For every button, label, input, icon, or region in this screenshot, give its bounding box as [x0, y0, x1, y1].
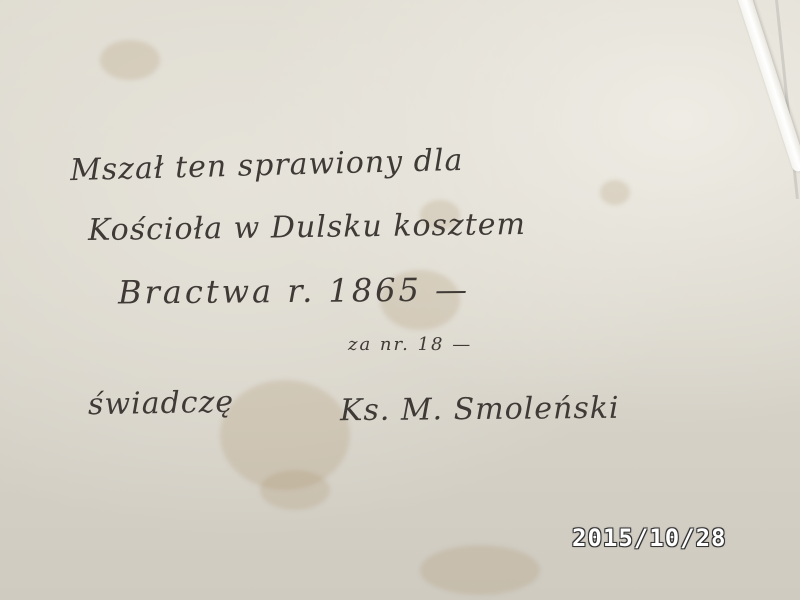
camera-datestamp: 2015/10/28: [572, 524, 727, 552]
water-stain: [420, 545, 540, 595]
inscription-line-3: Bractwa r. 1865 —: [118, 270, 470, 311]
water-stain: [260, 470, 330, 510]
water-stain: [100, 40, 160, 80]
water-stain: [600, 180, 630, 205]
inscription-signature: Ks. M. Smoleński: [340, 391, 620, 428]
inscription-witness: świadczę: [88, 385, 235, 423]
inscription-line-4: za nr. 18 —: [348, 334, 472, 355]
inscription-line-1: Mszał ten sprawiony dla: [70, 143, 464, 188]
inscription-line-2: Kościoła w Dulsku kosztem: [88, 207, 526, 248]
photograph: Mszał ten sprawiony dla Kościoła w Dulsk…: [0, 0, 800, 600]
curled-page-corner: [735, 0, 800, 173]
